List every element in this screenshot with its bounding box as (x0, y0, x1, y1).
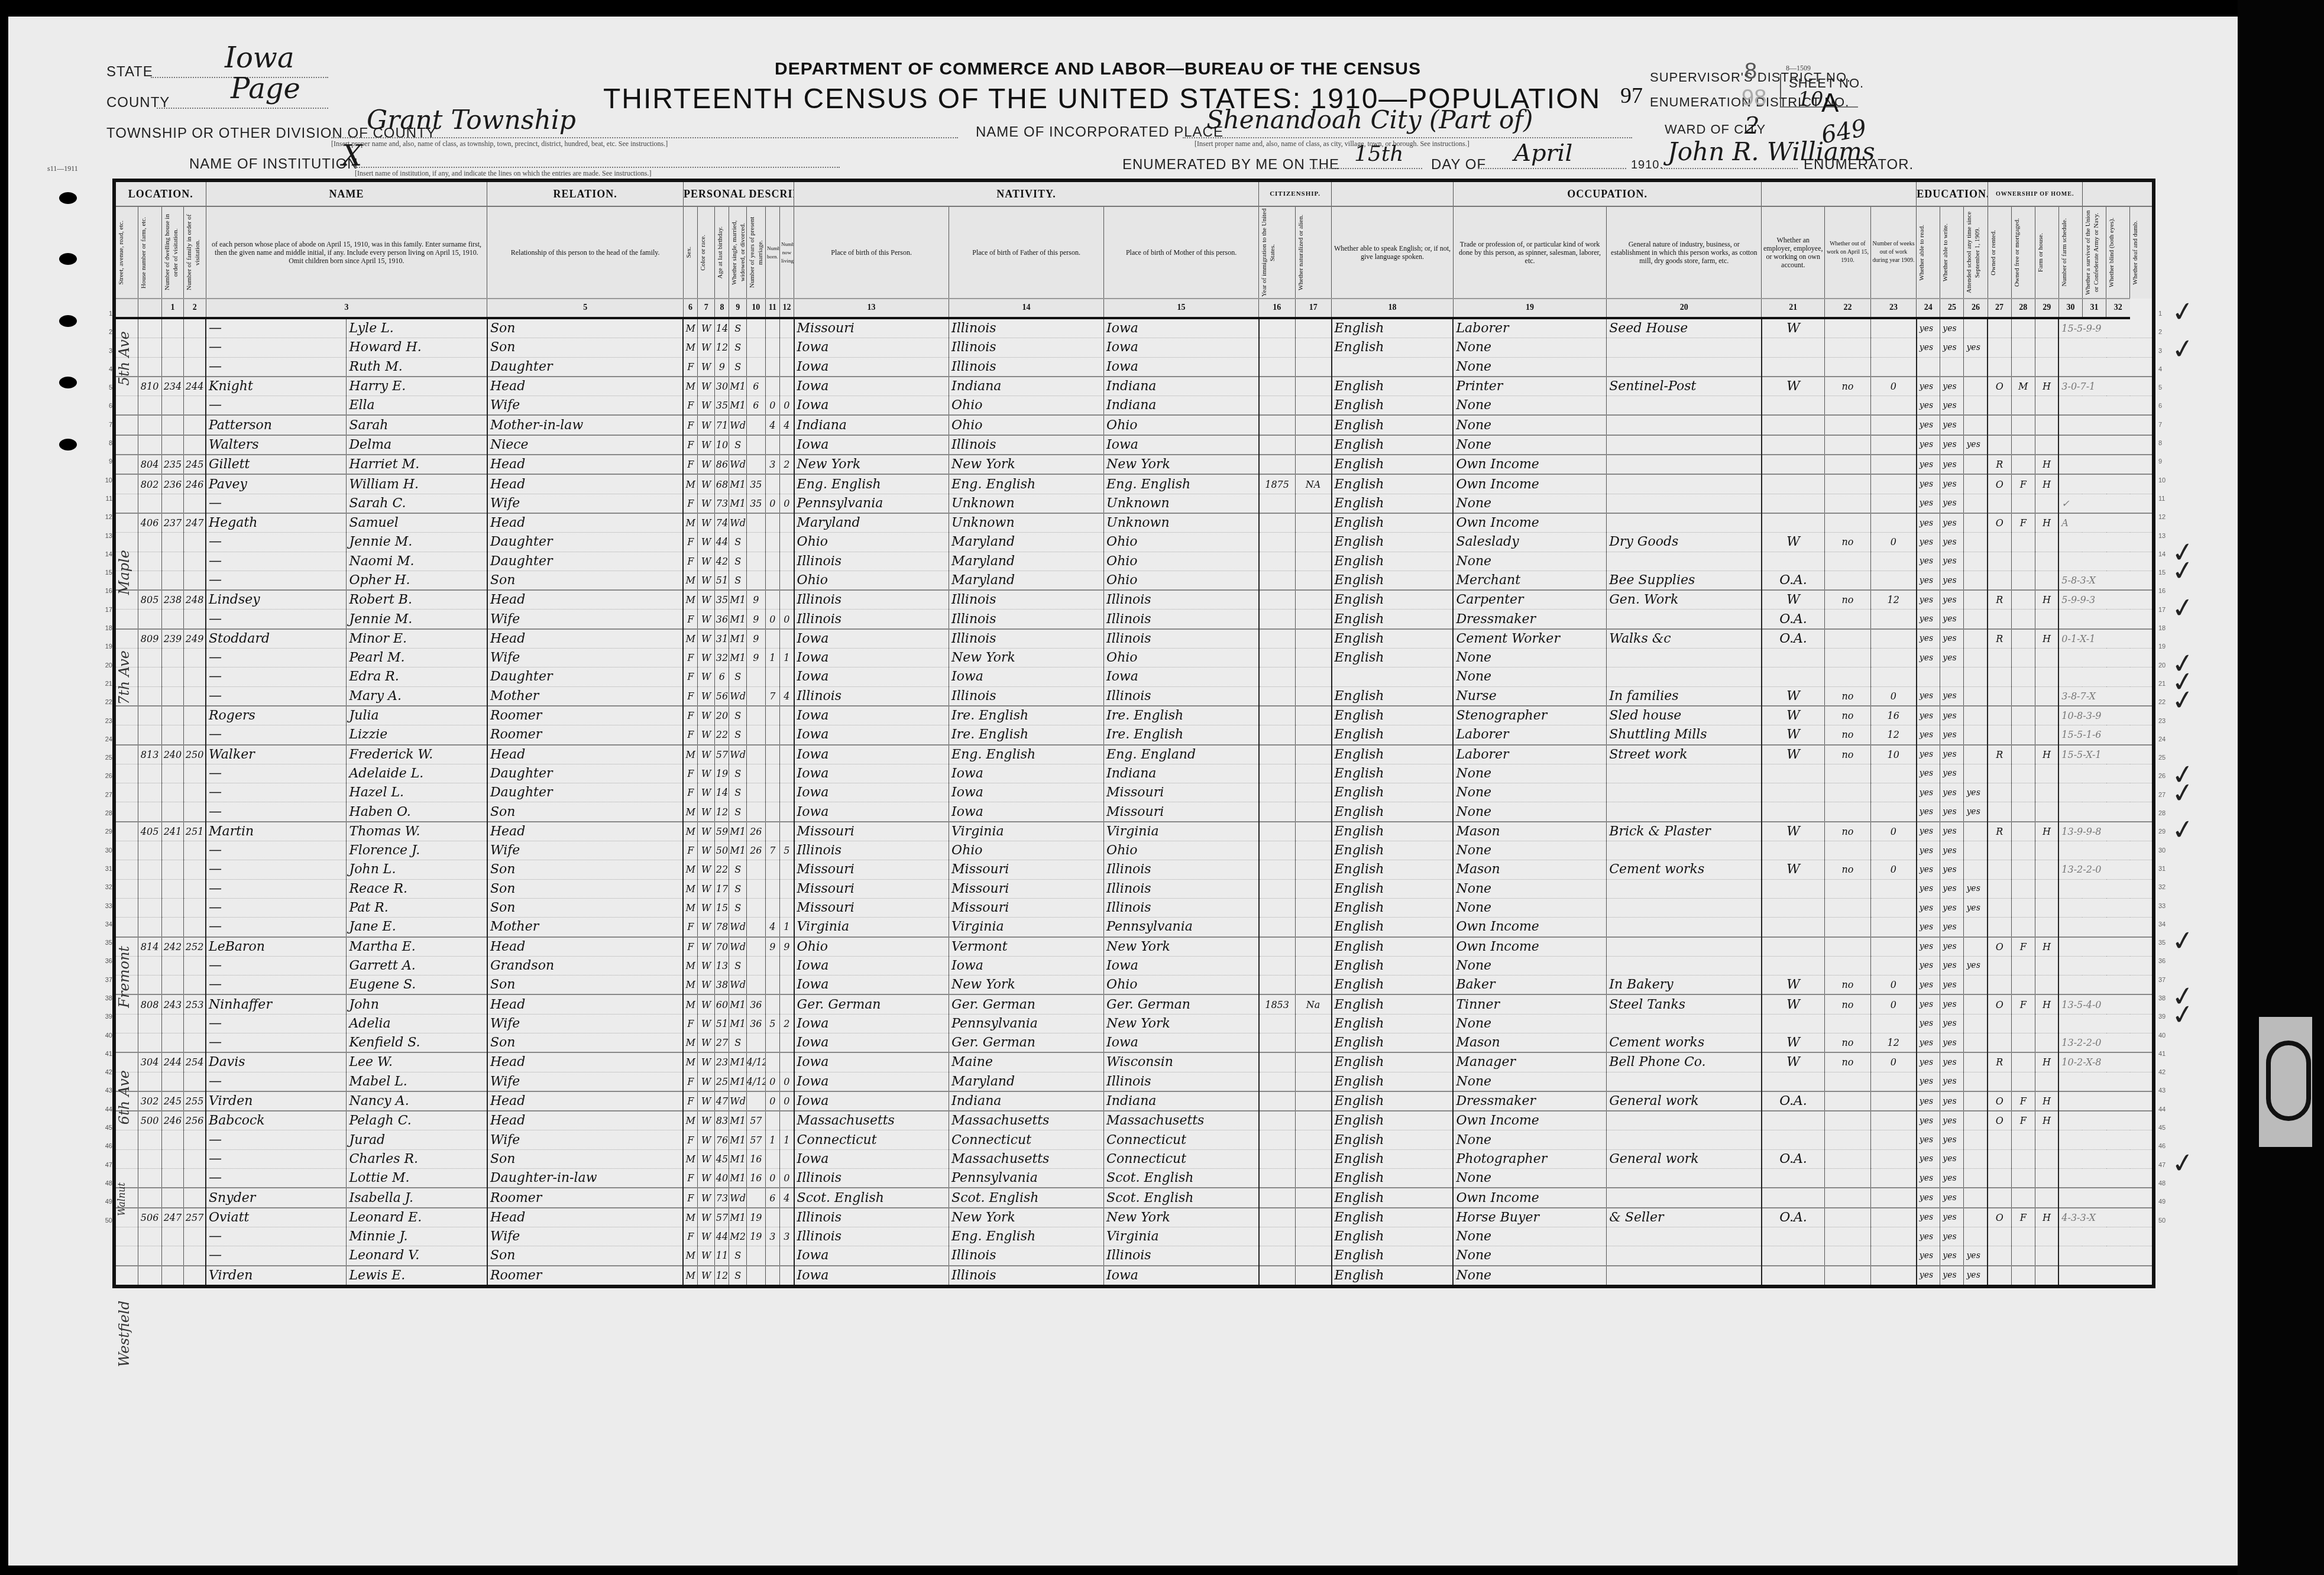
cell-trade: Printer (1453, 377, 1606, 396)
row-numbers-right: 1234567891011121314151617181920212223242… (2158, 305, 2171, 1230)
cell-age: 40 (715, 1169, 729, 1188)
cell-ind (1607, 1169, 1762, 1188)
cell-sch (1964, 1208, 1988, 1227)
cell-given: John (347, 994, 487, 1014)
cell-own: O (1988, 513, 2011, 533)
cell-bp: Iowa (794, 745, 949, 764)
cell-race: W (697, 474, 714, 494)
cell-sex: M (683, 994, 697, 1014)
cell-bm: Iowa (1104, 435, 1259, 455)
cell-rd: yes (1917, 783, 1940, 802)
cell-sch: yes (1964, 956, 1988, 975)
cell-fam (184, 1130, 206, 1149)
cell-sched (2058, 455, 2154, 474)
cell-ind: Sled house (1607, 706, 1762, 725)
row-number: 44 (102, 1101, 112, 1119)
cell-fm: F (2011, 994, 2035, 1014)
cell-sch (1964, 1111, 1988, 1130)
cell-age: 19 (715, 764, 729, 783)
cell-born (765, 898, 779, 917)
cell-bp: Iowa (794, 764, 949, 783)
cell-sex: F (683, 610, 697, 629)
table-row: —Howard H.SonMW12SIowaIllinoisIowaEnglis… (114, 338, 2154, 357)
cell-emp (1762, 474, 1825, 494)
cell-fam (184, 1266, 206, 1286)
cell-mar: M1 (729, 1052, 746, 1072)
row-number: 43 (2158, 1082, 2171, 1100)
cell-surname: — (206, 649, 347, 667)
cell-mar: S (729, 1033, 746, 1052)
cell-imm (1259, 590, 1295, 610)
cell-age: 32 (715, 649, 729, 667)
cell-age: 20 (715, 706, 729, 725)
cell-wr: yes (1940, 1091, 1964, 1111)
col-relation: Relationship of this person to the head … (487, 206, 684, 299)
cell-sch (1964, 533, 1988, 552)
cell-dw (161, 1188, 183, 1207)
cell-own: O (1988, 937, 2011, 957)
cell-born (765, 435, 779, 455)
cell-ind (1607, 898, 1762, 917)
cell-wks (1870, 667, 1917, 686)
cell-house (138, 338, 161, 357)
cell-wks: 16 (1870, 706, 1917, 725)
cell-lang: English (1332, 415, 1454, 435)
cell-bf: Missouri (949, 860, 1104, 879)
cell-fh (2035, 956, 2058, 975)
cell-fm: M (2011, 377, 2035, 396)
cell-age: 38 (715, 976, 729, 995)
cell-oow (1825, 956, 1871, 975)
cell-nat (1295, 533, 1331, 552)
column-number: 29 (2035, 299, 2058, 318)
cell-yrs: 6 (746, 396, 765, 416)
cell-lang: English (1332, 783, 1454, 802)
row-number: 7 (2158, 416, 2171, 435)
cell-own: R (1988, 629, 2011, 649)
cell-race: W (697, 1052, 714, 1072)
cell-surname: Patterson (206, 415, 347, 435)
cell-rel: Head (487, 745, 684, 764)
cell-rel: Mother-in-law (487, 415, 684, 435)
cell-age: 9 (715, 357, 729, 377)
cell-street (114, 918, 138, 937)
cell-lang: English (1332, 1169, 1454, 1188)
table-row: 304244254DavisLee W.HeadMW23M14/12IowaMa… (114, 1052, 2154, 1072)
scan-background (2238, 0, 2324, 1575)
cell-nat (1295, 377, 1331, 396)
margin-note-street: Westfield (116, 1301, 132, 1367)
cell-bm: Virginia (1104, 1227, 1259, 1246)
cell-sched: 5-9-9-3 (2058, 590, 2154, 610)
cell-dw (161, 841, 183, 860)
cell-nat (1295, 802, 1331, 822)
col-birth-father: Place of birth of Father of this person. (949, 206, 1104, 299)
col-owned: Owned or rented. (1989, 230, 1998, 276)
cell-dw (161, 533, 183, 552)
table-row: —Eugene S.SonMW38WdIowaNew YorkOhioEngli… (114, 976, 2154, 995)
cell-fm (2011, 494, 2035, 513)
cell-liv: 2 (779, 455, 794, 474)
cell-dw (161, 338, 183, 357)
cell-house (138, 1246, 161, 1266)
cell-ind: Shuttling Mills (1607, 725, 1762, 745)
cell-street (114, 745, 138, 764)
cell-yrs (746, 1188, 765, 1207)
cell-given: Martha E. (347, 937, 487, 957)
cell-given: Ella (347, 396, 487, 416)
cell-sched (2058, 357, 2154, 377)
cell-given: Lee W. (347, 1052, 487, 1072)
cell-sex: M (683, 1033, 697, 1052)
cell-bp: Missouri (794, 879, 949, 898)
cell-yrs (746, 956, 765, 975)
cell-wr: yes (1940, 879, 1964, 898)
cell-yrs (746, 415, 765, 435)
column-number (138, 299, 161, 318)
cell-bp: Iowa (794, 956, 949, 975)
cell-surname: — (206, 357, 347, 377)
cell-mar: M1 (729, 1169, 746, 1188)
cell-born (765, 822, 779, 841)
cell-oow (1825, 667, 1871, 686)
cell-fam (184, 552, 206, 571)
column-number: 3 (206, 299, 487, 318)
cell-lang: English (1332, 1188, 1454, 1207)
row-number: 50 (102, 1212, 112, 1230)
cell-own (1988, 956, 2011, 975)
cell-imm (1259, 1091, 1295, 1111)
table-row: 405241251MartinThomas W.HeadMW59M126Miss… (114, 822, 2154, 841)
cell-bp: Iowa (794, 1246, 949, 1266)
cell-sch (1964, 1072, 1988, 1091)
cell-mar: Wd (729, 937, 746, 957)
cell-own (1988, 1227, 2011, 1246)
cell-wks: 0 (1870, 533, 1917, 552)
cell-fam (184, 841, 206, 860)
cell-own (1988, 533, 2011, 552)
cell-born: 5 (765, 1014, 779, 1033)
cell-oow: no (1825, 706, 1871, 725)
cell-nat (1295, 937, 1331, 957)
cell-ind: Steel Tanks (1607, 994, 1762, 1014)
cell-emp: W (1762, 706, 1825, 725)
cell-sched (2058, 610, 2154, 629)
cell-imm (1259, 1227, 1295, 1246)
cell-sex: M (683, 1208, 697, 1227)
cell-trade: None (1453, 338, 1606, 357)
cell-born (765, 994, 779, 1014)
cell-house: 814 (138, 937, 161, 957)
cell-wr: yes (1940, 338, 1964, 357)
cell-bp: Iowa (794, 1033, 949, 1052)
form-code-small: s11—1911 (47, 164, 78, 173)
cell-house (138, 571, 161, 590)
column-number: 5 (487, 299, 684, 318)
cell-rd: yes (1917, 1188, 1940, 1207)
cell-surname: Stoddard (206, 629, 347, 649)
cell-age: 12 (715, 1266, 729, 1286)
cell-fam (184, 976, 206, 995)
cell-rel: Head (487, 1052, 684, 1072)
cell-emp: W (1762, 976, 1825, 995)
cell-lang: English (1332, 686, 1454, 706)
cell-lang: English (1332, 937, 1454, 957)
cell-bp: Illinois (794, 590, 949, 610)
cell-fm (2011, 1188, 2035, 1207)
cell-nat (1295, 686, 1331, 706)
cell-given: Minnie J. (347, 1227, 487, 1246)
cell-rd: yes (1917, 474, 1940, 494)
cell-surname: — (206, 918, 347, 937)
row-number: 45 (102, 1119, 112, 1137)
cell-fam (184, 706, 206, 725)
cell-surname: Lindsey (206, 590, 347, 610)
row-number: 5 (102, 379, 112, 397)
cell-fh (2035, 435, 2058, 455)
cell-emp: O.A. (1762, 1091, 1825, 1111)
cell-fam (184, 725, 206, 745)
film-target-marker (2259, 1017, 2312, 1147)
cell-fh (2035, 898, 2058, 917)
row-numbers-left: 1234567891011121314151617181920212223242… (102, 305, 112, 1230)
table-row: —Edra R.DaughterFW6SIowaIowaIowaNone (114, 667, 2154, 686)
sheet-side: A (1821, 89, 1839, 118)
cell-bp: Scot. English (794, 1188, 949, 1207)
cell-rd: yes (1917, 552, 1940, 571)
cell-nat (1295, 590, 1331, 610)
row-number: 32 (102, 879, 112, 897)
cell-house (138, 956, 161, 975)
cell-oow: no (1825, 822, 1871, 841)
row-number: 36 (102, 952, 112, 971)
cell-bf: Illinois (949, 629, 1104, 649)
cell-sched (2058, 937, 2154, 957)
cell-liv: 0 (779, 396, 794, 416)
cell-bm: Illinois (1104, 1246, 1259, 1266)
cell-liv: 4 (779, 686, 794, 706)
cell-trade: None (1453, 494, 1606, 513)
cell-own: O (1988, 1208, 2011, 1227)
cell-street (114, 1246, 138, 1266)
cell-fh (2035, 783, 2058, 802)
cell-wr: yes (1940, 1111, 1964, 1130)
group-location: LOCATION. (114, 180, 206, 206)
cell-bf: Iowa (949, 802, 1104, 822)
cell-wr: yes (1940, 610, 1964, 629)
cell-sex: M (683, 318, 697, 338)
cell-house: 405 (138, 822, 161, 841)
cell-liv (779, 513, 794, 533)
cell-given: Pat R. (347, 898, 487, 917)
cell-rel: Son (487, 860, 684, 879)
col-house: House number or farm, etc. (140, 217, 148, 289)
cell-rd: yes (1917, 1208, 1940, 1227)
cell-born (765, 1246, 779, 1266)
cell-fh (2035, 918, 2058, 937)
table-row: —Jennie M.WifeFW36M1900IllinoisIllinoisI… (114, 610, 2154, 629)
cell-mar: M1 (729, 590, 746, 610)
row-number: 49 (102, 1193, 112, 1211)
cell-bf: Indiana (949, 1091, 1104, 1111)
cell-surname: Pavey (206, 474, 347, 494)
cell-surname: Walters (206, 435, 347, 455)
col-school: Attended school any time since September… (1965, 208, 1982, 297)
cell-house (138, 1266, 161, 1286)
cell-race: W (697, 1149, 714, 1168)
group-occupation: OCCUPATION. (1453, 180, 1761, 206)
cell-yrs (746, 937, 765, 957)
row-number: 8 (102, 435, 112, 453)
cell-imm (1259, 879, 1295, 898)
cell-rd: yes (1917, 649, 1940, 667)
cell-house (138, 1033, 161, 1052)
cell-sched (2058, 474, 2154, 494)
cell-lang: English (1332, 725, 1454, 745)
township-note: [Insert proper name and, also, name of c… (331, 140, 668, 148)
cell-trade: Carpenter (1453, 590, 1606, 610)
cell-sch: yes (1964, 898, 1988, 917)
cell-imm (1259, 937, 1295, 957)
table-row: 500246256BabcockPelagh C.HeadMW83M157Mas… (114, 1111, 2154, 1130)
cell-dw: 235 (161, 455, 183, 474)
cell-trade: Horse Buyer (1453, 1208, 1606, 1227)
cell-oow (1825, 1149, 1871, 1168)
cell-race: W (697, 1227, 714, 1246)
cell-imm (1259, 667, 1295, 686)
cell-age: 57 (715, 745, 729, 764)
cell-sex: M (683, 513, 697, 533)
cell-fh (2035, 1149, 2058, 1168)
cell-lang: English (1332, 629, 1454, 649)
cell-rel: Wife (487, 610, 684, 629)
cell-born: 1 (765, 649, 779, 667)
cell-dw: 242 (161, 937, 183, 957)
cell-age: 86 (715, 455, 729, 474)
cell-nat (1295, 1072, 1331, 1091)
cell-ind: Sentinel-Post (1607, 377, 1762, 396)
cell-emp: W (1762, 318, 1825, 338)
cell-given: John L. (347, 860, 487, 879)
cell-nat (1295, 764, 1331, 783)
cell-wks (1870, 764, 1917, 783)
cell-street (114, 494, 138, 513)
col-marital: Whether single, married, widowed, or div… (730, 208, 746, 297)
cell-ind (1607, 783, 1762, 802)
cell-nat (1295, 822, 1331, 841)
cell-own: R (1988, 1052, 2011, 1072)
cell-liv (779, 1208, 794, 1227)
cell-house (138, 667, 161, 686)
cell-oow (1825, 396, 1871, 416)
cell-mar: Wd (729, 415, 746, 435)
cell-wr: yes (1940, 1072, 1964, 1091)
cell-street (114, 706, 138, 725)
cell-bm: Iowa (1104, 1033, 1259, 1052)
punch-hole (59, 439, 77, 451)
cell-oow: no (1825, 860, 1871, 879)
cell-fh: H (2035, 1111, 2058, 1130)
cell-trade: Photographer (1453, 1149, 1606, 1168)
cell-sex: M (683, 956, 697, 975)
cell-imm (1259, 1169, 1295, 1188)
cell-race: W (697, 667, 714, 686)
col-deaf: Whether deaf and dumb. (2131, 221, 2139, 285)
cell-bm: Illinois (1104, 898, 1259, 917)
cell-own (1988, 494, 2011, 513)
cell-emp (1762, 1246, 1825, 1266)
cell-wks (1870, 1091, 1917, 1111)
cell-sex: F (683, 396, 697, 416)
cell-rd: yes (1917, 1266, 1940, 1286)
punch-hole (59, 377, 77, 388)
cell-bf: Maryland (949, 552, 1104, 571)
col-industry: General nature of industry, business, or… (1607, 206, 1762, 299)
cell-given: Adelaide L. (347, 764, 487, 783)
cell-wks: 0 (1870, 1052, 1917, 1072)
column-number: 16 (1259, 299, 1295, 318)
county-value: Page (231, 72, 300, 105)
cell-mar: S (729, 802, 746, 822)
cell-sex: M (683, 898, 697, 917)
column-number (114, 299, 138, 318)
cell-surname: — (206, 1130, 347, 1149)
cell-rd: yes (1917, 455, 1940, 474)
cell-sex: M (683, 976, 697, 995)
cell-lang: English (1332, 474, 1454, 494)
cell-sched (2058, 1072, 2154, 1091)
cell-oow (1825, 1169, 1871, 1188)
cell-fam (184, 667, 206, 686)
col-birth-person: Place of birth of this Person. (794, 206, 949, 299)
cell-race: W (697, 338, 714, 357)
cell-born (765, 571, 779, 590)
cell-sex: F (683, 1014, 697, 1033)
cell-rel: Head (487, 474, 684, 494)
cell-bm: Ohio (1104, 533, 1259, 552)
cell-surname: — (206, 533, 347, 552)
cell-sch (1964, 318, 1988, 338)
cell-given: Frederick W. (347, 745, 487, 764)
cell-fh (2035, 725, 2058, 745)
cell-race: W (697, 1014, 714, 1033)
form-code: 8—1509 (1786, 64, 1811, 73)
cell-age: 45 (715, 1149, 729, 1168)
col-years-married: Number of years of present marriage. (748, 208, 765, 297)
cell-sch (1964, 994, 1988, 1014)
cell-given: Sarah (347, 415, 487, 435)
cell-mar: M1 (729, 474, 746, 494)
cell-nat (1295, 841, 1331, 860)
cell-bf: Massachusetts (949, 1149, 1104, 1168)
cell-mar: M1 (729, 629, 746, 649)
cell-oow (1825, 1072, 1871, 1091)
table-row: —Jennie M.DaughterFW44SOhioMarylandOhioE… (114, 533, 2154, 552)
enumerated-month: April (1514, 140, 1572, 167)
cell-wks (1870, 1072, 1917, 1091)
cell-dw (161, 976, 183, 995)
cell-house (138, 1169, 161, 1188)
cell-rd: yes (1917, 994, 1940, 1014)
cell-fam (184, 1149, 206, 1168)
cell-emp (1762, 1111, 1825, 1130)
cell-fm (2011, 338, 2035, 357)
row-number: 24 (102, 731, 112, 749)
cell-sch (1964, 494, 1988, 513)
cell-ind: General work (1607, 1091, 1762, 1111)
cell-sex: F (683, 435, 697, 455)
cell-sched (2058, 649, 2154, 667)
